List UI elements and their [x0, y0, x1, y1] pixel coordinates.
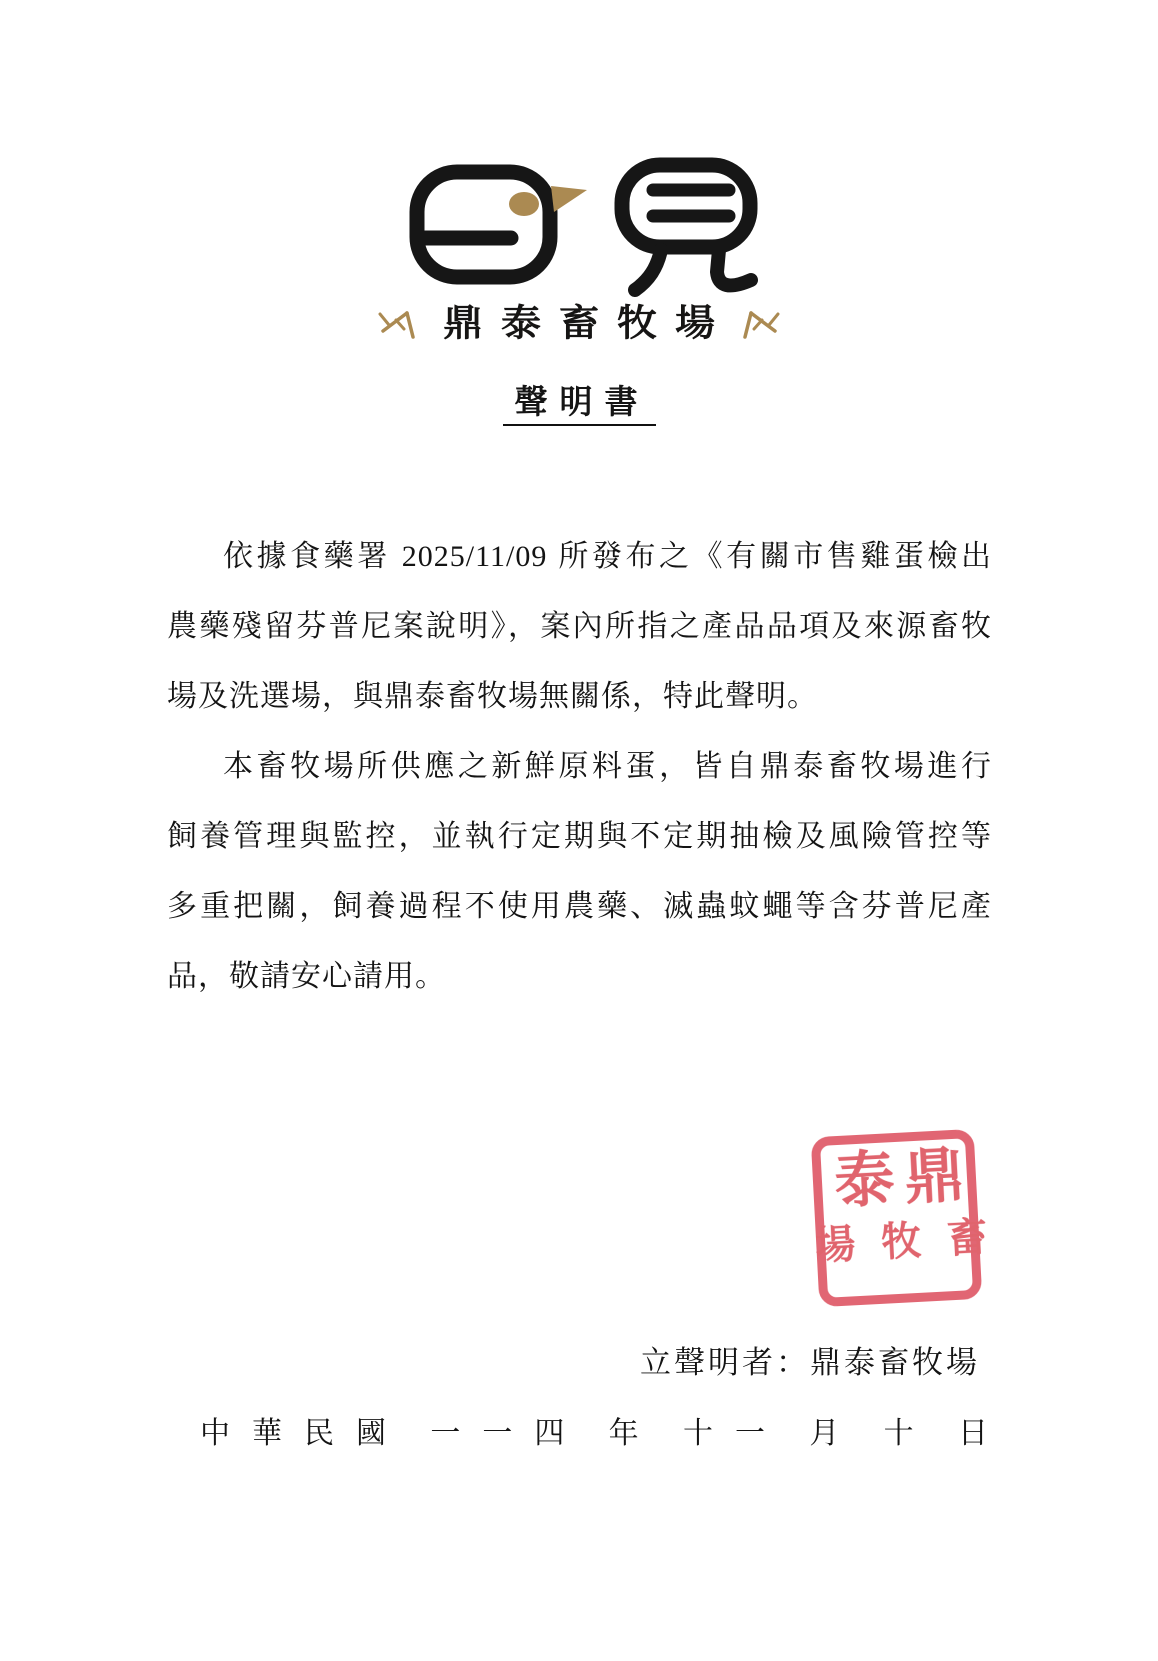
declaration-body: 依據食藥署 2025/11/09 所發布之《有關市售雞蛋檢出 農藥殘留芬普尼案說… — [167, 522, 992, 1012]
date-year-unit: 年 — [609, 1408, 661, 1452]
brand-subtitle: 鼎泰畜牧場 — [443, 294, 733, 346]
declarant-line: 立聲明者：鼎泰畜牧場 — [640, 1337, 980, 1382]
body-line: 品，敬請安心請用。 — [167, 942, 992, 1012]
date-month: 十一 — [683, 1408, 787, 1452]
body-line: 農藥殘留芬普尼案說明》，案內所指之產品品項及來源畜牧 — [167, 592, 992, 662]
date-day-unit: 日 — [958, 1408, 1010, 1452]
body-line: 依據食藥署 2025/11/09 所發布之《有關市售雞蛋檢出 — [167, 522, 992, 592]
bird-eye-icon — [509, 192, 539, 216]
date-era: 中華民國 — [200, 1408, 408, 1452]
date-month-unit: 月 — [809, 1408, 861, 1452]
logo-jian-ring — [622, 165, 750, 247]
seal-right-column: 鼎泰 — [823, 1142, 967, 1223]
brand-logo-bird-icon — [385, 150, 765, 300]
logo-ri-ring — [417, 172, 550, 277]
company-seal-stamp: 鼎泰 畜牧場 — [811, 1129, 983, 1307]
body-line: 多重把關，飼養過程不使用農藥、滅蟲蚊蠅等含芬普尼產 — [167, 872, 992, 942]
logo-jian-left-leg — [635, 250, 661, 290]
document-title-text: 聲明書 — [503, 385, 656, 426]
body-line: 場及洗選場，與鼎泰畜牧場無關係，特此聲明。 — [167, 662, 992, 732]
body-line: 本畜牧場所供應之新鮮原料蛋，皆自鼎泰畜牧場進行 — [167, 732, 992, 802]
document-title: 聲明書 — [0, 376, 1158, 423]
bird-footprint-icon-left — [373, 299, 419, 343]
logo-jian-right-leg — [717, 250, 751, 285]
bird-footprint-icon-right — [739, 299, 785, 343]
seal-left-column: 畜牧場 — [798, 1214, 999, 1295]
date-year: 一一四 — [430, 1408, 586, 1452]
body-line: 飼養管理與監控，並執行定期與不定期抽檢及風險管控等 — [167, 802, 992, 872]
declaration-document-page: 鼎泰畜牧場 聲明書 依據食藥署 2025/11/09 所發布之《有關市售雞蛋檢出… — [0, 0, 1158, 1661]
date-line: 中華民國 一一四 年 十一 月 十 日 — [200, 1408, 988, 1452]
brand-subtitle-row: 鼎泰畜牧場 — [0, 292, 1158, 349]
date-day: 十 — [884, 1408, 936, 1452]
bird-beak-icon — [551, 186, 587, 212]
